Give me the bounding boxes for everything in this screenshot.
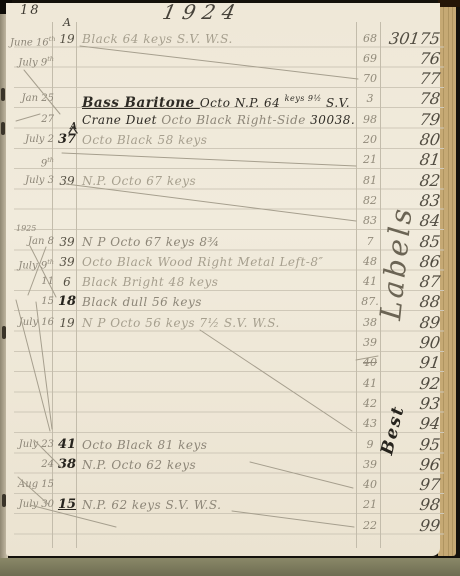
entry-description (82, 394, 356, 414)
entry-date: July 9th (10, 252, 54, 272)
entry-date: Aug 15 (10, 475, 54, 495)
entry-date (10, 191, 54, 211)
entry-description (82, 475, 356, 495)
annotation-mark-a-over-37: A (70, 122, 77, 132)
entry-serial: 78 (383, 89, 442, 109)
entry-date: July 9th (10, 49, 54, 69)
entry-model-number: 39 (54, 232, 80, 252)
ledger-row: 3990 (6, 333, 440, 353)
entry-description-segment: Black Bright 48 keys (82, 275, 218, 289)
entry-date: Jan 8 (10, 232, 54, 252)
entry-description (82, 69, 356, 89)
entry-model-number (54, 69, 80, 89)
entry-count: 39 (357, 455, 383, 475)
entry-date (10, 353, 54, 373)
entry-description: N P Octo 67 keys 8¾ (82, 232, 356, 252)
entry-model-number: 41 (54, 435, 80, 455)
ledger-row: Jan 839N P Octo 67 keys 8¾785 (6, 232, 440, 252)
entry-description: Octo Black 58 keys (82, 130, 356, 150)
entry-count: 20 (357, 130, 383, 150)
entry-model-number (54, 333, 80, 353)
entry-count: 40 (357, 353, 383, 373)
entry-description-segment: N.P. Octo 67 keys (82, 174, 196, 188)
entry-description-segment: N P Octo 67 keys 8¾ (82, 235, 220, 249)
ledger-row: 4293 (6, 394, 440, 414)
ledger-row: 9th2181 (6, 150, 440, 170)
entry-serial: 76 (383, 49, 442, 69)
entry-serial: 96 (383, 455, 442, 475)
ledger-row: July 9th6976 (6, 49, 440, 69)
entry-serial: 30175 (383, 29, 442, 49)
annotation-year-1925: 1925 (16, 224, 36, 233)
entry-count: 22 (357, 516, 383, 536)
entry-serial: 92 (383, 374, 442, 394)
entry-description: N.P. Octo 67 keys (82, 171, 356, 191)
entry-model-number (54, 150, 80, 170)
entry-serial: 99 (383, 516, 442, 536)
entry-description-segment: Black dull 56 keys (82, 295, 202, 309)
entry-model-number: 15 (54, 495, 80, 515)
entry-model-number: 39 (54, 171, 80, 191)
entry-serial: 81 (383, 150, 442, 170)
entry-count: 41 (357, 374, 383, 394)
entry-count: 21 (357, 150, 383, 170)
page-number: 18 (20, 3, 41, 18)
entry-model-number: 37 (54, 130, 80, 150)
entry-count: 82 (357, 191, 383, 211)
entry-model-number (54, 49, 80, 69)
entry-model-number (54, 394, 80, 414)
page-stack-crease (452, 4, 453, 556)
entry-description-segment: Octo N.P. 64 (200, 96, 285, 110)
entry-description (82, 374, 356, 394)
entry-date: 9th (10, 150, 54, 170)
background-mat (0, 558, 460, 576)
ledger-row: July 237Octo Black 58 keys2080 (6, 130, 440, 150)
entry-model-number (54, 374, 80, 394)
entry-model-number (54, 353, 80, 373)
entry-count: 42 (357, 394, 383, 414)
entry-description-segment: Octo Black 81 keys (82, 438, 207, 452)
entry-model-number (54, 414, 80, 434)
ledger-row: July 339N.P. Octo 67 keys8182 (6, 171, 440, 191)
entry-description (82, 191, 356, 211)
year-heading: 1924 (160, 0, 244, 24)
ledger-row: 7077 (6, 69, 440, 89)
entry-description: Octo Black Wood Right Metal Left-8″ (82, 252, 356, 272)
entry-model-number: 38 (54, 455, 80, 475)
ledger-row: June 16th19Black 64 keys S.V. W.S.683017… (6, 29, 440, 49)
ledger-row: July 3015N.P. 62 keys S.V. W.S.2198 (6, 495, 440, 515)
entry-description-segment: Crane Duet (82, 113, 161, 127)
entry-count: 21 (357, 495, 383, 515)
entry-date: July 2 (10, 130, 54, 150)
entry-count: 3 (357, 89, 383, 109)
entry-description-segment: Black 64 keys S.V. W.S. (82, 32, 233, 46)
entry-date: July 16 (10, 313, 54, 333)
entry-count: 39 (357, 333, 383, 353)
ledger-row: 2438N.P. Octo 62 keys3996 (6, 455, 440, 475)
entry-description (82, 353, 356, 373)
ledger-row: 4192 (6, 374, 440, 394)
ledger-row: 2299 (6, 516, 440, 536)
entry-description (82, 211, 356, 231)
entry-description (82, 333, 356, 353)
entry-description: N.P. Octo 62 keys (82, 455, 356, 475)
ledger-row: 116Black Bright 48 keys4187 (6, 272, 440, 292)
entry-count: 69 (357, 49, 383, 69)
entry-date: July 30 (10, 495, 54, 515)
ledger-page-photo: 18 1924 June 16th19Black 64 keys S.V. W.… (0, 0, 460, 576)
entry-date (10, 333, 54, 353)
entry-description: N.P. 62 keys S.V. W.S. (82, 495, 356, 515)
page-stack-crease (448, 4, 449, 556)
entry-date: 24 (10, 455, 54, 475)
entry-model-number (54, 516, 80, 536)
entry-serial: 80 (383, 130, 442, 150)
entry-description-segment: 30038. (310, 113, 355, 127)
entry-description: Bass Baritone Octo N.P. 64 keys 9½ S.V. (82, 89, 356, 109)
entry-model-number: 19 (54, 313, 80, 333)
entry-serial: 90 (383, 333, 442, 353)
entry-description (82, 516, 356, 536)
ledger-row: Jan 25Bass Baritone Octo N.P. 64 keys 9½… (6, 89, 440, 109)
entry-date (10, 69, 54, 89)
entry-date: 27 (10, 110, 54, 130)
entry-count: 81 (357, 171, 383, 191)
entry-count: 83 (357, 211, 383, 231)
ledger-row: Aug 154097 (6, 475, 440, 495)
entry-serial: 79 (383, 110, 442, 130)
entry-date (10, 394, 54, 414)
entry-description-segment: Octo Black Right-Side (161, 113, 310, 127)
page-stack-crease (443, 4, 444, 556)
entry-description-segment: keys 9½ (285, 94, 322, 103)
ledger-row: 4394 (6, 414, 440, 434)
entry-count: 40 (357, 475, 383, 495)
entry-description-segment: S.V. (322, 96, 350, 110)
entry-count: 70 (357, 69, 383, 89)
entry-description-segment: Octo Black 58 keys (82, 133, 207, 147)
entry-count: 68 (357, 29, 383, 49)
entry-description (82, 49, 356, 69)
entry-date: 15 (10, 292, 54, 312)
entry-description: Black 64 keys S.V. W.S. (82, 29, 356, 49)
ledger-row: July 9th39Octo Black Wood Right Metal Le… (6, 252, 440, 272)
entry-count: 98 (357, 110, 383, 130)
entry-date (10, 374, 54, 394)
entry-description: N P Octo 56 keys 7½ S.V. W.S. (82, 313, 356, 333)
entry-description: Octo Black 81 keys (82, 435, 356, 455)
ledger-row: 4091 (6, 353, 440, 373)
entry-serial: 82 (383, 171, 442, 191)
entry-description-segment: Octo Black Wood Right Metal Left-8″ (82, 255, 323, 269)
entry-description: Black dull 56 keys (82, 292, 356, 312)
entry-description: Black Bright 48 keys (82, 272, 356, 292)
entry-serial: 77 (383, 69, 442, 89)
entry-model-number (54, 89, 80, 109)
annotation-mark-a-top: A (63, 16, 71, 29)
cover-corner (438, 0, 460, 7)
entry-model-number: 18 (54, 292, 80, 312)
entry-date (10, 516, 54, 536)
entry-model-number (54, 191, 80, 211)
entry-serial: 91 (383, 353, 442, 373)
ledger-row: July 2341Octo Black 81 keys995 (6, 435, 440, 455)
entry-count: 43 (357, 414, 383, 434)
entry-serial: 98 (383, 495, 442, 515)
ledger-row: 8384 (6, 211, 440, 231)
entry-date: 11 (10, 272, 54, 292)
entry-date: July 23 (10, 435, 54, 455)
entry-serial: 97 (383, 475, 442, 495)
entry-description-segment: N P Octo 56 keys 7½ S.V. W.S. (82, 316, 280, 330)
entry-description-segment: N.P. 62 keys S.V. W.S. (82, 498, 222, 512)
ledger-row: 8283 (6, 191, 440, 211)
entry-description (82, 414, 356, 434)
page-stack-edge (438, 4, 456, 556)
entry-date: June 16th (10, 29, 54, 49)
entry-model-number (54, 211, 80, 231)
entry-model-number: 6 (54, 272, 80, 292)
entry-description (82, 150, 356, 170)
entry-description-segment: N.P. Octo 62 keys (82, 458, 196, 472)
entry-model-number (54, 475, 80, 495)
entry-description: Crane Duet Octo Black Right-Side 30038. (82, 110, 356, 130)
entry-date (10, 414, 54, 434)
entry-count: 7 (357, 232, 383, 252)
entry-model-number: 39 (54, 252, 80, 272)
entry-date: Jan 25 (10, 89, 54, 109)
entry-date: July 3 (10, 171, 54, 191)
entry-model-number: 19 (54, 29, 80, 49)
